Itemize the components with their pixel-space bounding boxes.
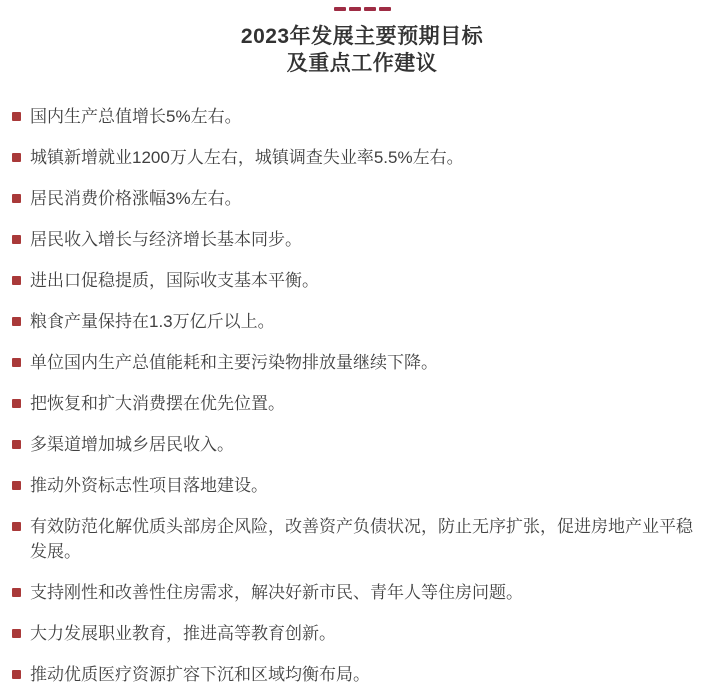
bullet-square-icon bbox=[12, 670, 21, 679]
bullet-square-icon bbox=[12, 276, 21, 285]
list-item: 国内生产总值增长5%左右。 bbox=[12, 104, 700, 129]
bullet-square-icon bbox=[12, 317, 21, 326]
list-item-text: 推动优质医疗资源扩容下沉和区域均衡布局。 bbox=[30, 662, 370, 687]
document-page: 2023年发展主要预期目标 及重点工作建议 国内生产总值增长5%左右。城镇新增就… bbox=[0, 0, 724, 694]
list-item-text: 把恢复和扩大消费摆在优先位置。 bbox=[30, 391, 285, 416]
list-item: 支持刚性和改善性住房需求，解决好新市民、青年人等住房问题。 bbox=[12, 580, 700, 605]
bullet-square-icon bbox=[12, 481, 21, 490]
bullet-square-icon bbox=[12, 112, 21, 121]
bullet-square-icon bbox=[12, 399, 21, 408]
page-title-line2: 及重点工作建议 bbox=[287, 52, 438, 75]
list-item: 多渠道增加城乡居民收入。 bbox=[12, 432, 700, 457]
list-item: 单位国内生产总值能耗和主要污染物排放量继续下降。 bbox=[12, 350, 700, 375]
list-item: 粮食产量保持在1.3万亿斤以上。 bbox=[12, 309, 700, 334]
list-item: 大力发展职业教育，推进高等教育创新。 bbox=[12, 621, 700, 646]
dash-segment-icon bbox=[379, 7, 391, 11]
list-item: 进出口促稳提质，国际收支基本平衡。 bbox=[12, 268, 700, 293]
list-item-text: 居民收入增长与经济增长基本同步。 bbox=[30, 227, 302, 252]
list-item-text: 城镇新增就业1200万人左右，城镇调查失业率5.5%左右。 bbox=[30, 145, 464, 170]
page-title: 2023年发展主要预期目标 及重点工作建议 bbox=[0, 23, 724, 77]
bullet-square-icon bbox=[12, 629, 21, 638]
dash-segment-icon bbox=[364, 7, 376, 11]
list-item-text: 推动外资标志性项目落地建设。 bbox=[30, 473, 268, 498]
list-item: 把恢复和扩大消费摆在优先位置。 bbox=[12, 391, 700, 416]
bullet-square-icon bbox=[12, 440, 21, 449]
list-item: 有效防范化解优质头部房企风险，改善资产负债状况，防止无序扩张，促进房地产业平稳发… bbox=[12, 514, 700, 564]
dash-segment-icon bbox=[349, 7, 361, 11]
dash-segment-icon bbox=[334, 7, 346, 11]
goal-list: 国内生产总值增长5%左右。城镇新增就业1200万人左右，城镇调查失业率5.5%左… bbox=[0, 104, 724, 687]
list-item: 推动外资标志性项目落地建设。 bbox=[12, 473, 700, 498]
bullet-square-icon bbox=[12, 194, 21, 203]
list-item: 居民收入增长与经济增长基本同步。 bbox=[12, 227, 700, 252]
list-item-text: 粮食产量保持在1.3万亿斤以上。 bbox=[30, 309, 275, 334]
list-item: 推动优质医疗资源扩容下沉和区域均衡布局。 bbox=[12, 662, 700, 687]
list-item-text: 有效防范化解优质头部房企风险，改善资产负债状况，防止无序扩张，促进房地产业平稳发… bbox=[30, 514, 700, 564]
bullet-square-icon bbox=[12, 153, 21, 162]
list-item: 城镇新增就业1200万人左右，城镇调查失业率5.5%左右。 bbox=[12, 145, 700, 170]
list-item-text: 多渠道增加城乡居民收入。 bbox=[30, 432, 234, 457]
bullet-square-icon bbox=[12, 235, 21, 244]
bullet-square-icon bbox=[12, 522, 21, 531]
list-item: 居民消费价格涨幅3%左右。 bbox=[12, 186, 700, 211]
bullet-square-icon bbox=[12, 588, 21, 597]
list-item-text: 进出口促稳提质，国际收支基本平衡。 bbox=[30, 268, 319, 293]
list-item-text: 大力发展职业教育，推进高等教育创新。 bbox=[30, 621, 336, 646]
list-item-text: 单位国内生产总值能耗和主要污染物排放量继续下降。 bbox=[30, 350, 438, 375]
list-item-text: 居民消费价格涨幅3%左右。 bbox=[30, 186, 242, 211]
bullet-square-icon bbox=[12, 358, 21, 367]
page-title-line1: 2023年发展主要预期目标 bbox=[241, 25, 483, 48]
dashed-line-divider-icon bbox=[0, 6, 724, 12]
list-item-text: 支持刚性和改善性住房需求，解决好新市民、青年人等住房问题。 bbox=[30, 580, 523, 605]
list-item-text: 国内生产总值增长5%左右。 bbox=[30, 104, 242, 129]
